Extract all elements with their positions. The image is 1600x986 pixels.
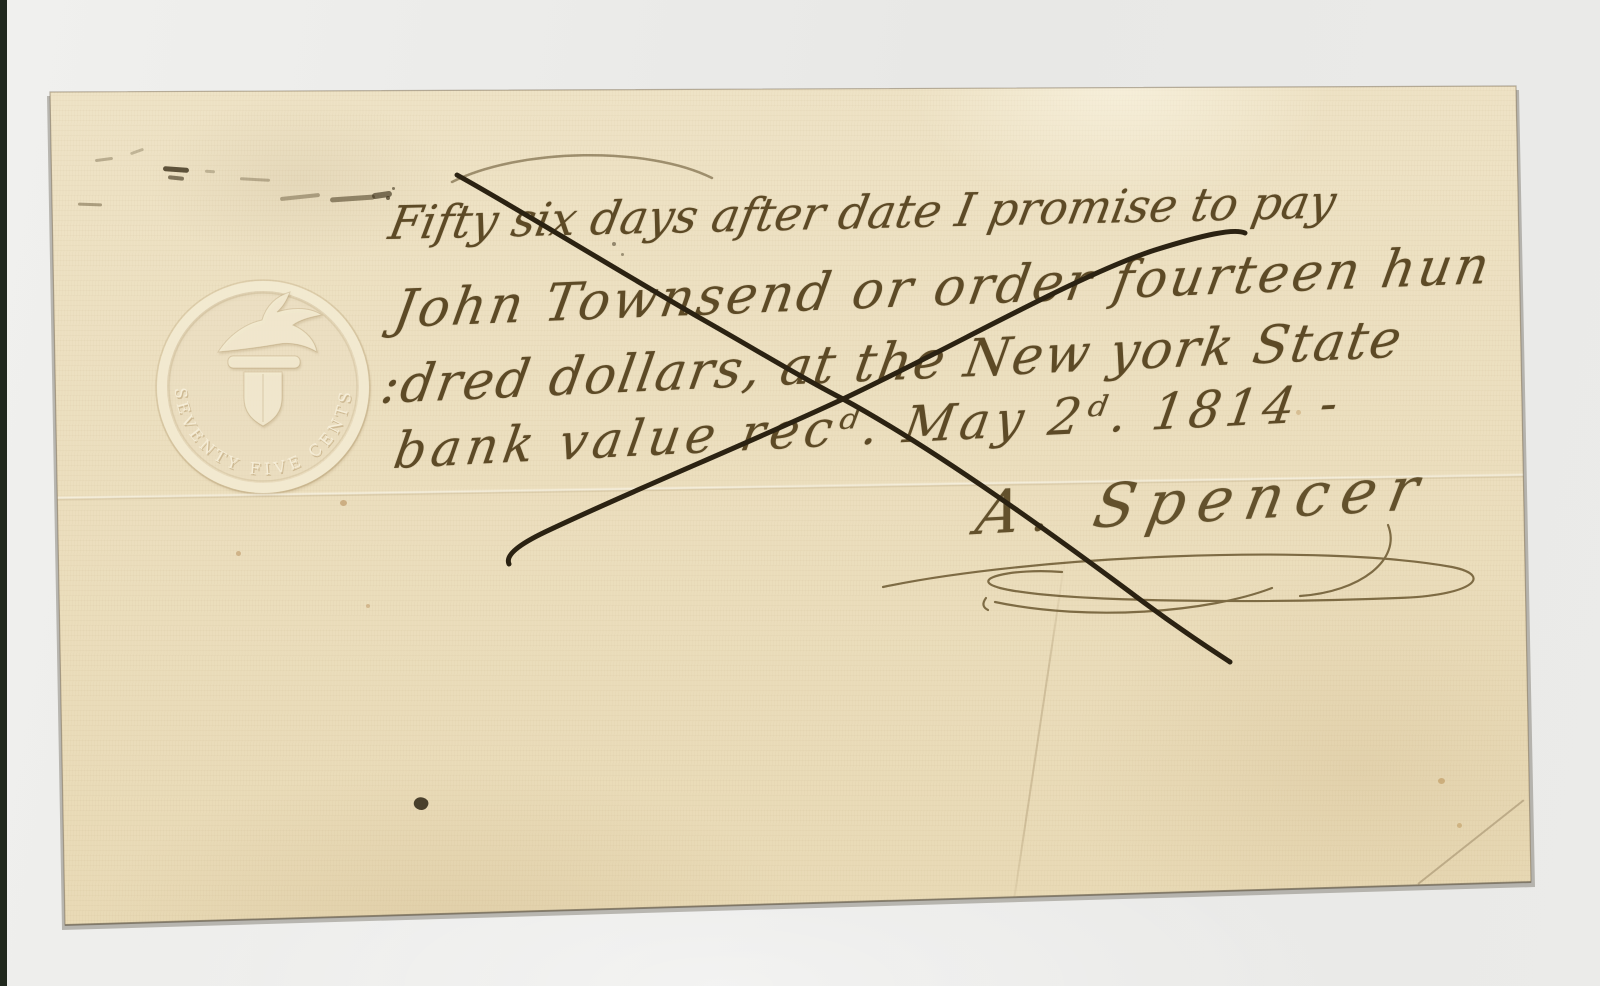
signature-flourish <box>995 588 1272 613</box>
f-crossbar-flourish <box>452 155 712 182</box>
ink-smudge <box>130 148 144 156</box>
signature-flourish <box>883 555 1474 601</box>
ink-smudge <box>95 157 113 162</box>
seal-shield-icon <box>244 372 282 426</box>
foxing-spot <box>1457 823 1462 828</box>
seal-text-arc <box>175 357 351 474</box>
foxing-spot <box>1438 778 1445 784</box>
seal-outer-rim <box>156 280 370 494</box>
ink-speck <box>386 196 390 200</box>
seal-fasces-icon <box>228 356 300 368</box>
seal-text: SEVENTY FIVE CENTS <box>171 386 356 478</box>
scan-edge-strip <box>0 0 7 986</box>
embossed-seal: SEVENTY FIVE CENTS SEVENTY FIVE CENTS <box>156 280 370 494</box>
seal-text-shadow: SEVENTY FIVE CENTS <box>172 388 357 480</box>
ink-smudge <box>78 203 102 207</box>
foxing-spot <box>340 500 347 506</box>
signature: A. Spencer <box>972 458 1436 544</box>
ink-smudge <box>240 177 270 182</box>
ink-speck <box>392 187 395 190</box>
corner-fold-crease <box>1417 799 1524 884</box>
ink-smudge <box>330 194 375 202</box>
scanner-background: SEVENTY FIVE CENTS SEVENTY FIVE CENTS <box>0 0 1600 986</box>
ink-speck <box>621 253 624 256</box>
promissory-note: SEVENTY FIVE CENTS SEVENTY FIVE CENTS <box>0 0 1600 986</box>
foxing-spot <box>366 604 370 608</box>
ink-smudge <box>163 166 189 173</box>
ink-smudge <box>205 170 215 174</box>
signature-flourish <box>1300 525 1391 596</box>
vertical-fold-crease <box>1007 552 1067 938</box>
ink-blot <box>412 794 431 812</box>
ink-smudge <box>168 175 184 181</box>
foxing-spot <box>236 551 241 556</box>
seal-eagle-icon <box>218 292 322 352</box>
signature-flourish <box>983 598 988 610</box>
ink-smudge <box>280 193 320 201</box>
seal-ring <box>162 286 364 488</box>
seal-inner-rim <box>169 293 357 481</box>
note-line-1: Fifty six days after date I promise to p… <box>385 178 1340 246</box>
